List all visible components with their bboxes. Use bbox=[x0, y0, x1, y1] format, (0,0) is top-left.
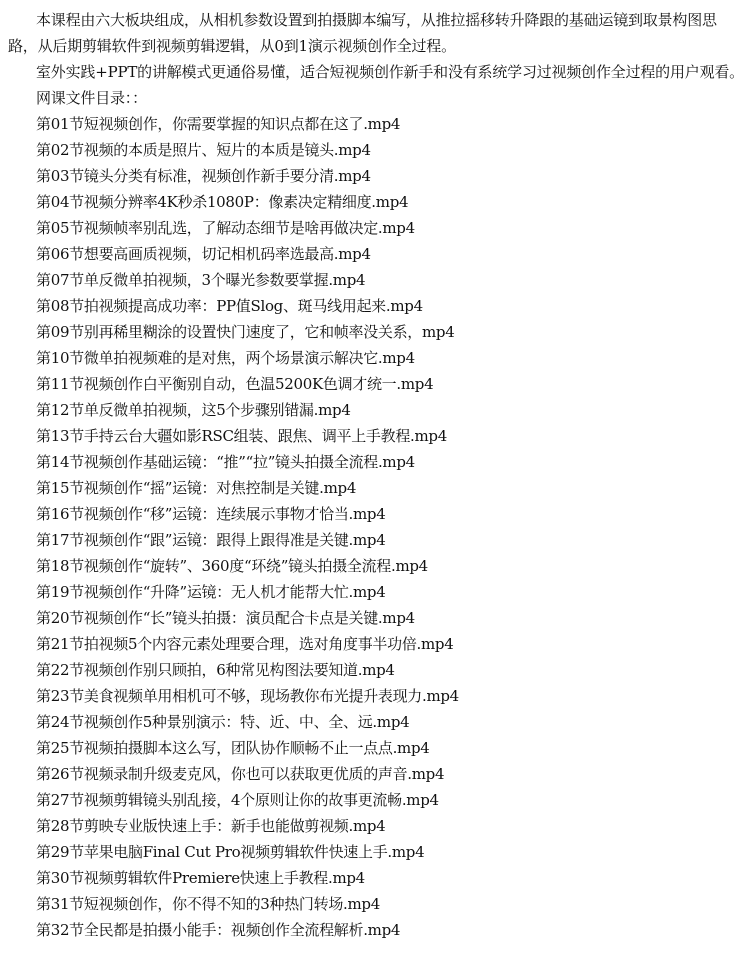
file-list-item: 第26节视频录制升级麦克风，你也可以获取更优质的声音.mp4 bbox=[8, 761, 744, 787]
file-list-item: 第20节视频创作“长”镜头拍摄：演员配合卡点是关键.mp4 bbox=[8, 605, 744, 631]
file-list-item: 第27节视频剪辑镜头别乱接，4个原则让你的故事更流畅.mp4 bbox=[8, 787, 744, 813]
file-list-item: 第21节拍视频5个内容元素处理要合理，选对角度事半功倍.mp4 bbox=[8, 631, 744, 657]
file-list-item: 第08节拍视频提高成功率：PP值Slog、斑马线用起来.mp4 bbox=[8, 293, 744, 319]
file-list-item: 第32节全民都是拍摄小能手：视频创作全流程解析.mp4 bbox=[8, 917, 744, 943]
catalog-heading: 网课文件目录：： bbox=[8, 85, 744, 111]
file-list-item: 第12节单反微单拍视频，这5个步骤别错漏.mp4 bbox=[8, 397, 744, 423]
file-list: 第01节短视频创作，你需要掌握的知识点都在这了.mp4 第02节视频的本质是照片… bbox=[8, 111, 744, 943]
file-list-item: 第18节视频创作“旋转”、360度“环绕”镜头拍摄全流程.mp4 bbox=[8, 553, 744, 579]
file-list-item: 第10节微单拍视频难的是对焦，两个场景演示解决它.mp4 bbox=[8, 345, 744, 371]
file-list-item: 第25节视频拍摄脚本这么写，团队协作顺畅不止一点点.mp4 bbox=[8, 735, 744, 761]
file-list-item: 第13节手持云台大疆如影RSC组装、跟焦、调平上手教程.mp4 bbox=[8, 423, 744, 449]
file-list-item: 第02节视频的本质是照片、短片的本质是镜头.mp4 bbox=[8, 137, 744, 163]
intro-paragraph-1: 本课程由六大板块组成，从相机参数设置到拍摄脚本编写，从推拉摇移转升降跟的基础运镜… bbox=[8, 7, 744, 59]
file-list-item: 第24节视频创作5种景别演示：特、近、中、全、远.mp4 bbox=[8, 709, 744, 735]
file-list-item: 第09节别再稀里糊涂的设置快门速度了，它和帧率没关系，mp4 bbox=[8, 319, 744, 345]
file-list-item: 第01节短视频创作，你需要掌握的知识点都在这了.mp4 bbox=[8, 111, 744, 137]
file-list-item: 第17节视频创作“跟”运镜：跟得上跟得准是关键.mp4 bbox=[8, 527, 744, 553]
file-list-item: 第23节美食视频单用相机可不够，现场教你布光提升表现力.mp4 bbox=[8, 683, 744, 709]
file-list-item: 第04节视频分辨率4K秒杀1080P：像素决定精细度.mp4 bbox=[8, 189, 744, 215]
file-list-item: 第28节剪映专业版快速上手：新手也能做剪视频.mp4 bbox=[8, 813, 744, 839]
file-list-item: 第29节苹果电脑Final Cut Pro视频剪辑软件快速上手.mp4 bbox=[8, 839, 744, 865]
file-list-item: 第19节视频创作“升降”运镜：无人机才能帮大忙.mp4 bbox=[8, 579, 744, 605]
file-list-item: 第16节视频创作“移”运镜：连续展示事物才恰当.mp4 bbox=[8, 501, 744, 527]
file-list-item: 第31节短视频创作，你不得不知的3种热门转场.mp4 bbox=[8, 891, 744, 917]
file-list-item: 第11节视频创作白平衡别自动，色温5200K色调才统一.mp4 bbox=[8, 371, 744, 397]
intro-paragraph-2: 室外实践+PPT的讲解模式更通俗易懂，适合短视频创作新手和没有系统学习过视频创作… bbox=[8, 59, 744, 85]
file-list-item: 第06节想要高画质视频，切记相机码率选最高.mp4 bbox=[8, 241, 744, 267]
file-list-item: 第22节视频创作别只顾拍，6种常见构图法要知道.mp4 bbox=[8, 657, 744, 683]
file-list-item: 第03节镜头分类有标准，视频创作新手要分清.mp4 bbox=[8, 163, 744, 189]
file-list-item: 第14节视频创作基础运镜：“推”“拉”镜头拍摄全流程.mp4 bbox=[8, 449, 744, 475]
file-list-item: 第05节视频帧率别乱选，了解动态细节是啥再做决定.mp4 bbox=[8, 215, 744, 241]
file-list-item: 第15节视频创作“摇”运镜：对焦控制是关键.mp4 bbox=[8, 475, 744, 501]
document-body: 本课程由六大板块组成，从相机参数设置到拍摄脚本编写，从推拉摇移转升降跟的基础运镜… bbox=[8, 7, 744, 943]
file-list-item: 第30节视频剪辑软件Premiere快速上手教程.mp4 bbox=[8, 865, 744, 891]
file-list-item: 第07节单反微单拍视频，3个曝光参数要掌握.mp4 bbox=[8, 267, 744, 293]
